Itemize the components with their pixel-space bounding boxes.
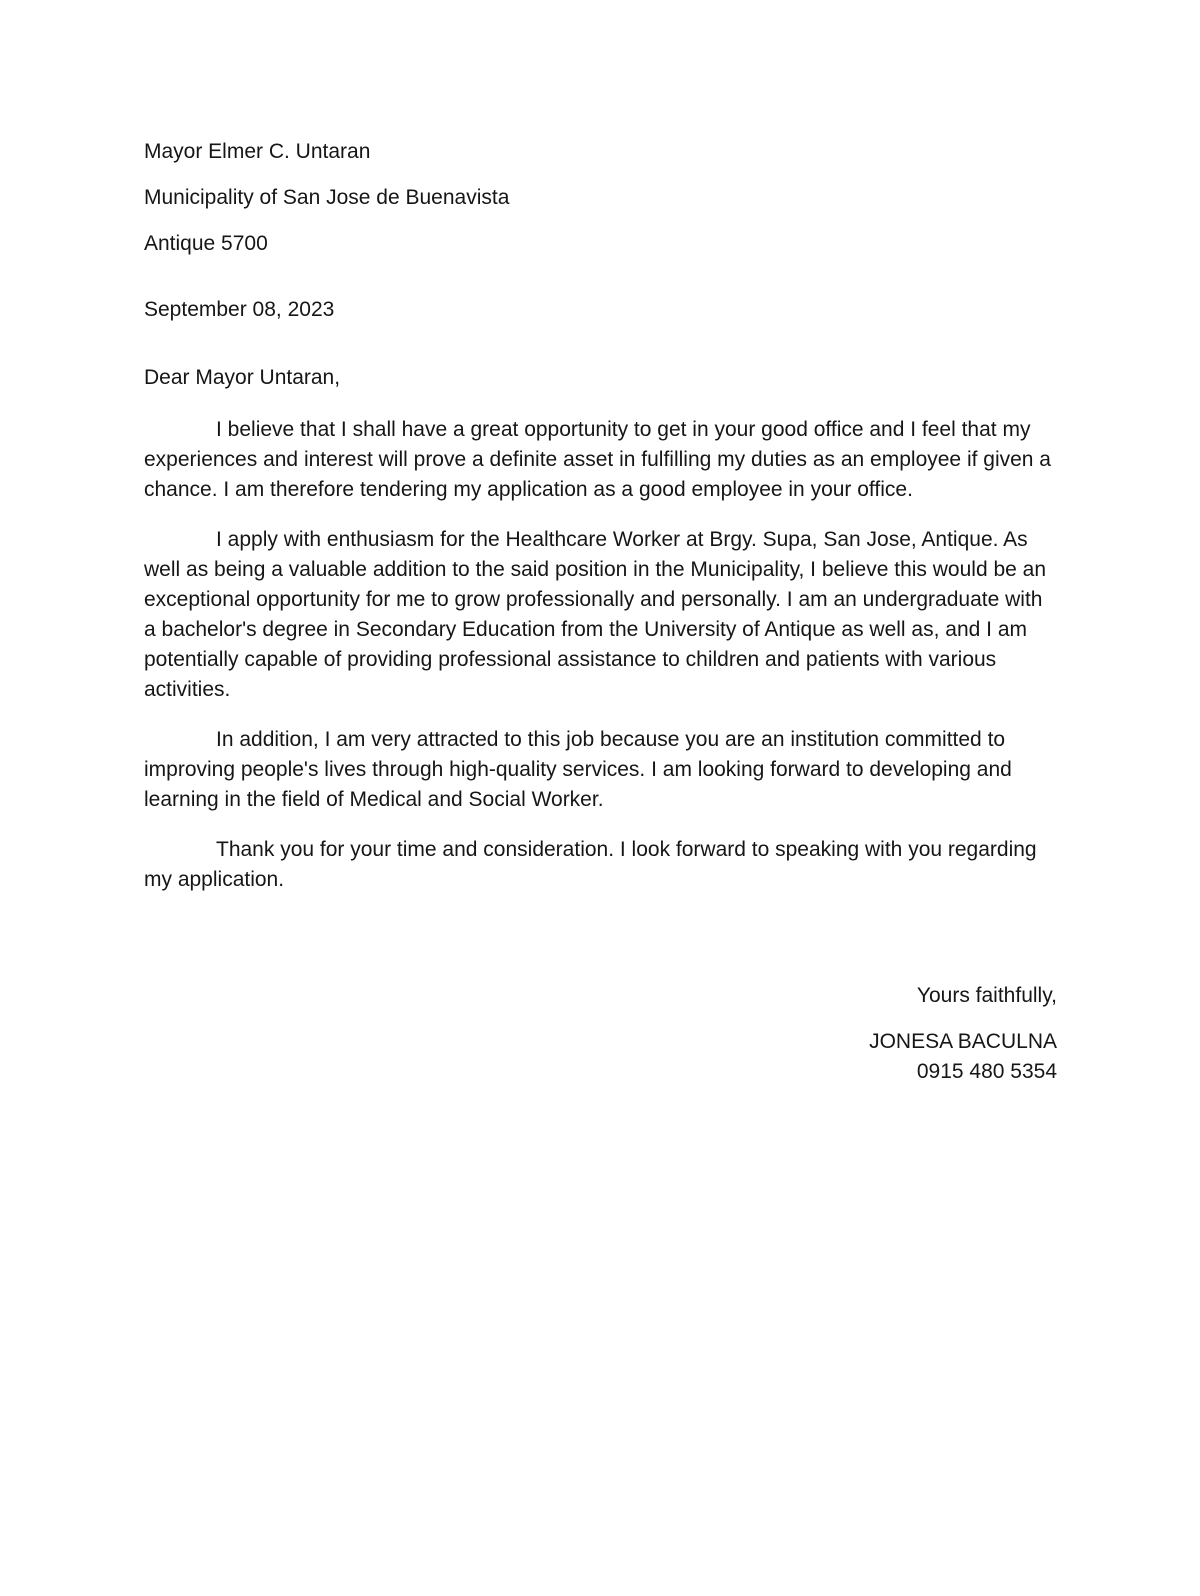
signature-name: JONESA BACULNA — [144, 1027, 1057, 1057]
recipient-location: Antique 5700 — [144, 229, 1057, 259]
body-paragraph-3: In addition, I am very attracted to this… — [144, 725, 1057, 815]
letter-date: September 08, 2023 — [144, 295, 1057, 325]
closing-block: Yours faithfully, JONESA BACULNA 0915 48… — [144, 981, 1057, 1087]
body-paragraph-4: Thank you for your time and consideratio… — [144, 835, 1057, 895]
salutation: Dear Mayor Untaran, — [144, 363, 1057, 393]
signature-phone: 0915 480 5354 — [144, 1057, 1057, 1087]
body-paragraph-2: I apply with enthusiasm for the Healthca… — [144, 525, 1057, 705]
body-paragraph-1: I believe that I shall have a great oppo… — [144, 415, 1057, 505]
recipient-organization: Municipality of San Jose de Buenavista — [144, 183, 1057, 213]
letter-page: Mayor Elmer C. Untaran Municipality of S… — [0, 0, 1200, 1596]
recipient-name: Mayor Elmer C. Untaran — [144, 137, 1057, 167]
letter-body: I believe that I shall have a great oppo… — [144, 415, 1057, 895]
recipient-block: Mayor Elmer C. Untaran Municipality of S… — [144, 137, 1057, 259]
valediction: Yours faithfully, — [144, 981, 1057, 1011]
